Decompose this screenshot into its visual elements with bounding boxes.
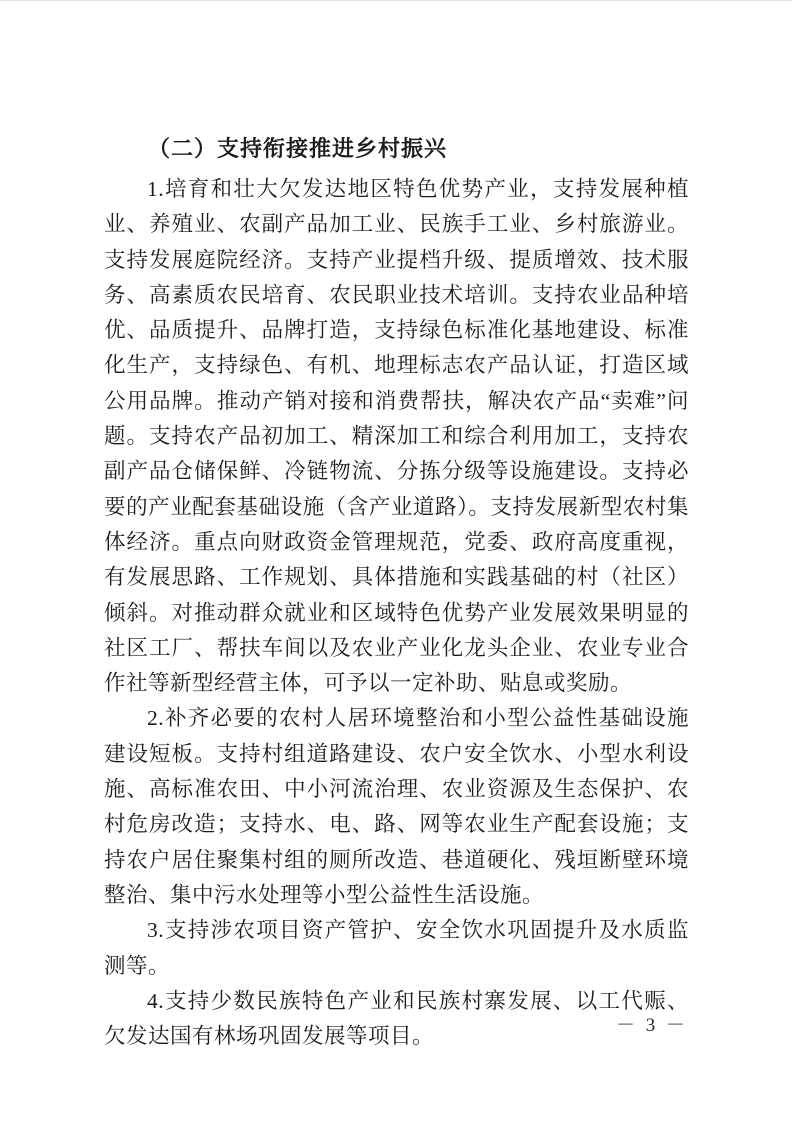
document-body: （二）支持衔接推进乡村振兴 1.培育和壮大欠发达地区特色优势产业，支持发展种植业…	[104, 131, 689, 1054]
paragraph-3: 3.支持涉农项目资产管护、安全饮水巩固提升及水质监测等。	[104, 913, 689, 984]
paragraph-4: 4.支持少数民族特色产业和民族村寨发展、以工代赈、欠发达国有林场巩固发展等项目。	[104, 984, 689, 1055]
paragraph-2: 2.补齐必要的农村人居环境整治和小型公益性基础设施建设短板。支持村组道路建设、农…	[104, 701, 689, 913]
section-heading: （二）支持衔接推进乡村振兴	[104, 131, 689, 167]
page-number: － 3 －	[616, 1013, 688, 1039]
paragraph-1: 1.培育和壮大欠发达地区特色优势产业，支持发展种植业、养殖业、农副产品加工业、民…	[104, 172, 689, 701]
document-page: （二）支持衔接推进乡村振兴 1.培育和壮大欠发达地区特色优势产业，支持发展种植业…	[0, 0, 792, 1122]
